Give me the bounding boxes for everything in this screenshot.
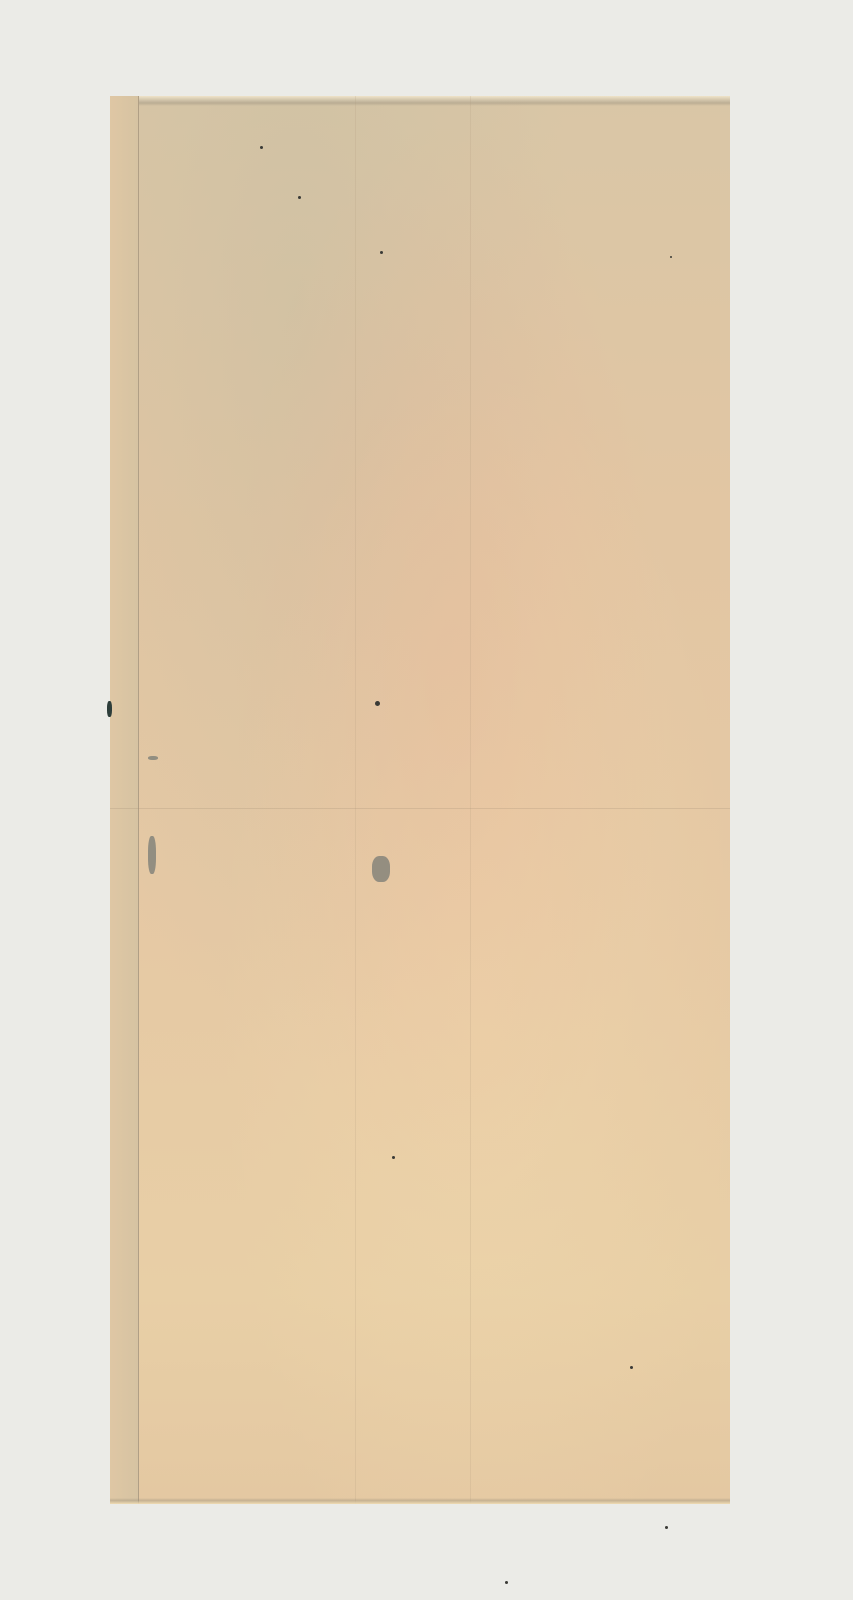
paper-sheet (110, 96, 730, 1504)
ink-stain (148, 836, 156, 874)
speck (375, 701, 380, 706)
speck (665, 1526, 668, 1529)
speck (392, 1156, 395, 1159)
binding-strip (110, 96, 139, 1504)
speck (630, 1366, 633, 1369)
speck (380, 251, 383, 254)
horizontal-fold (110, 808, 730, 809)
speck (260, 146, 263, 149)
vertical-crease (470, 96, 471, 1504)
vertical-crease (355, 96, 356, 1504)
ink-stain (107, 701, 112, 717)
ink-stain (148, 756, 158, 760)
speck (670, 256, 672, 258)
torn-top-edge (110, 96, 730, 106)
speck (505, 1581, 508, 1584)
ink-stain (372, 856, 390, 882)
bottom-edge (110, 1498, 730, 1504)
speck (298, 196, 301, 199)
